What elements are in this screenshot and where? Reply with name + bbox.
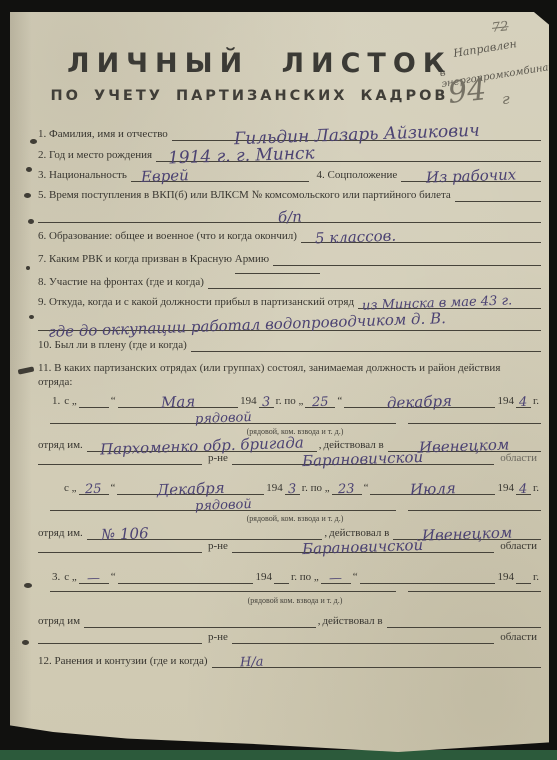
entry1-district: Барановичской [302, 451, 424, 468]
field-education-value: 5 классов. [315, 230, 396, 246]
entry3-role-line2 [408, 578, 541, 592]
ink-blot [28, 219, 34, 224]
entry3-role-line [50, 578, 396, 592]
field-birth: 2. Год и место рождения 1914 г. г. Минск [38, 142, 541, 162]
field-wounds-label: 12. Ранения и контузии (где и когда) [38, 655, 212, 668]
field-rvk: 7. Каким РВК и когда призван в Красную А… [38, 246, 541, 266]
field-nationality-label: 3. Национальность [38, 169, 131, 182]
entry2-district-row: р-не Барановичской области [38, 533, 541, 553]
field-party-label: 5. Время поступления в ВКП(б) или ВЛКСМ … [38, 189, 455, 202]
form-title: ЛИЧНЫЙ ЛИСТОК [10, 48, 509, 79]
entry3-district-line [232, 630, 494, 644]
field-wounds-line: Н/а [212, 653, 541, 668]
field-rvk-line [273, 252, 541, 266]
field-birth-label: 2. Год и место рождения [38, 149, 156, 162]
field-fronts-label: 8. Участие на фронтах (где и когда) [38, 276, 208, 289]
entry1-role-row: рядовой [50, 404, 541, 424]
field-fronts: 8. Участие на фронтах (где и когда) [38, 269, 541, 289]
scanned-document: 72 Направлен в энергопромкомбинат 94 г Л… [0, 0, 557, 760]
field-units-label: 11. В каких партизанских отрядах (или гр… [38, 361, 537, 389]
field-education-line: 5 классов. [301, 227, 541, 243]
field-captivity-line [191, 338, 541, 352]
printed-oblast: области [494, 452, 541, 465]
field-arrival-label: 9. Откуда, когда и с какой должности при… [38, 296, 358, 309]
ink-blot [30, 139, 37, 144]
ink-blot [22, 640, 29, 645]
entry1-role-line2 [408, 410, 541, 424]
crossed-out-number: 72 [491, 19, 509, 36]
entry2-blank-line [38, 539, 202, 553]
ink-blot [26, 266, 30, 270]
printed-rne: р-не [202, 631, 232, 644]
field-party-line [455, 188, 541, 202]
field-surname: 1. Фамилия, имя и отчество Гильдин Лазар… [38, 121, 541, 141]
field-fronts-line [208, 275, 541, 289]
entry2-role-line: рядовой [50, 496, 396, 511]
ink-blot [24, 583, 32, 588]
field-wounds-value: Н/а [239, 656, 263, 670]
field-social-line: Из рабочих [401, 166, 541, 182]
entry3-blank-line [38, 630, 202, 644]
field-party-continuation-line: б/п [38, 207, 541, 223]
printed-oblast: области [494, 540, 541, 553]
entry3-role-row [50, 572, 541, 592]
field-birth-line: 1914 г. г. Минск [156, 146, 541, 162]
entry1-district-row: р-не Барановичской области [38, 445, 541, 465]
entry1-blank-line [38, 451, 202, 465]
field-arrival-line: из Минска в мае 43 г. [358, 294, 541, 309]
form-subtitle: ПО УЧЕТУ ПАРТИЗАНСКИХ КАДРОВ [10, 88, 489, 104]
entry2-district: Барановичской [302, 539, 424, 556]
field-social-label: 4. Соцположение [309, 169, 402, 182]
printed-oblast: области [494, 631, 541, 644]
entry2-role-row: рядовой [50, 491, 541, 511]
field-party: 5. Время поступления в ВКП(б) или ВЛКСМ … [38, 182, 541, 202]
field-nationality-social: 3. Национальность Еврей 4. Соцположение … [38, 162, 541, 182]
printed-rne: р-не [202, 540, 232, 553]
field-captivity-label: 10. Был ли в плену (где и когда) [38, 339, 191, 352]
field-party-line2: б/п [38, 203, 541, 223]
field-wounds: 12. Ранения и контузии (где и когда) Н/а [38, 648, 541, 668]
form-paper: 72 Направлен в энергопромкомбинат 94 г Л… [10, 12, 549, 752]
scanner-bed-strip [0, 750, 557, 760]
field-nationality-line: Еврей [131, 166, 309, 182]
entry2-district-line: Барановичской [232, 537, 494, 553]
entry1-role: рядовой [194, 411, 251, 426]
field-education: 6. Образование: общее и военное (что и к… [38, 223, 541, 243]
entry3-district-row: р-не области [38, 624, 541, 644]
ink-blot [24, 193, 31, 198]
field-rvk-label: 7. Каким РВК и когда призван в Красную А… [38, 253, 273, 266]
entry1-role-line: рядовой [50, 409, 396, 424]
field-surname-line: Гильдин Лазарь Айзикович [172, 125, 541, 141]
entry2-role: рядовой [194, 498, 251, 513]
ink-blot [26, 167, 32, 172]
printed-rne: р-не [202, 452, 232, 465]
field-surname-label: 1. Фамилия, имя и отчество [38, 128, 172, 141]
field-arrival-line2: где до оккупации работал водопроводчиком… [38, 311, 541, 331]
ink-blot [18, 366, 35, 374]
field-education-label: 6. Образование: общее и военное (что и к… [38, 230, 301, 243]
entry1-district-line: Барановичской [232, 449, 494, 465]
record-number-suffix: г [502, 90, 510, 108]
entry3-role-hint: (рядовой ком. взвода и т. д.) [160, 596, 430, 605]
field-arrival: 9. Откуда, когда и с какой должности при… [38, 289, 541, 309]
field-captivity: 10. Был ли в плену (где и когда) [38, 332, 541, 352]
entry2-role-line2 [408, 497, 541, 511]
ink-blot [29, 315, 34, 319]
field-arrival-continuation-line: где до оккупации работал водопроводчиком… [38, 315, 541, 331]
